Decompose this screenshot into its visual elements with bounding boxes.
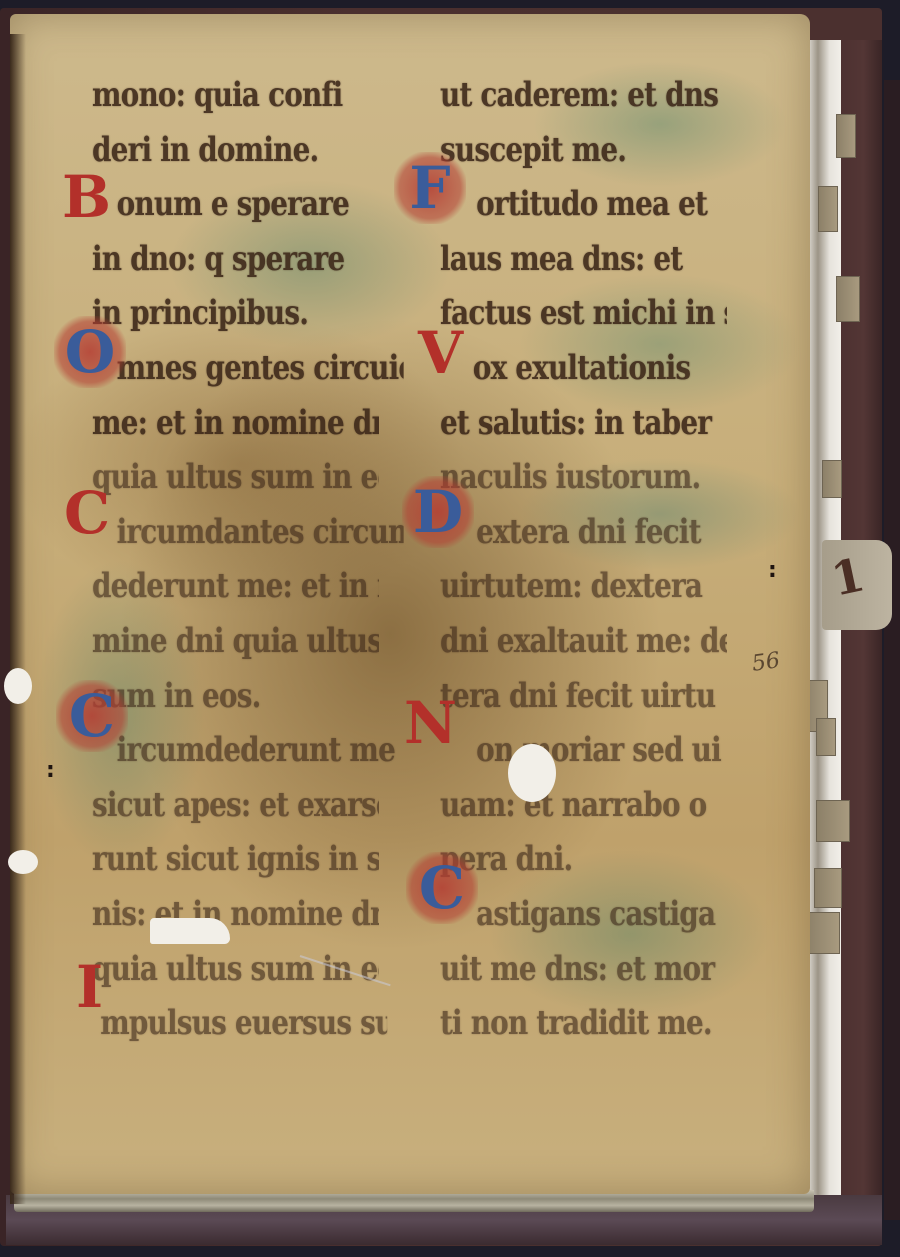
text-line: runt sicut ignis in spi <box>92 832 379 887</box>
index-tab-numbered: 1 <box>822 540 892 630</box>
punctus-mark: : <box>46 758 55 783</box>
index-tab <box>816 800 850 842</box>
text-line: me: et in nomine dni <box>92 396 379 451</box>
initial-illuminated: O <box>54 316 126 388</box>
gutter-shadow <box>10 34 26 1204</box>
text-line: factus est michi in salutem. <box>440 286 727 341</box>
folio-number: 56 <box>750 648 781 677</box>
text-line: uit me dns: et mor <box>440 942 727 997</box>
text-line: naculis iustorum. <box>440 450 727 505</box>
binding-board-right <box>836 40 882 1240</box>
index-tab <box>818 186 838 232</box>
text-line: mnes gentes circuier <box>92 341 404 396</box>
initial-illuminated: C <box>56 680 128 752</box>
text-line: suscepit me. <box>440 123 727 178</box>
index-tab <box>806 912 840 954</box>
text-line: ox exultationis <box>440 341 760 396</box>
text-column-left: mono: quia confi deri in domine. onum e … <box>92 68 382 1051</box>
text-line: nis: et in nomine dni <box>92 887 379 942</box>
index-tab <box>822 460 842 498</box>
initial-red: N <box>404 694 457 752</box>
text-line: astigans castiga <box>440 887 763 942</box>
text-column-right: ut caderem: et dns suscepit me. ortitudo… <box>440 68 730 1051</box>
text-line: onum e sperare <box>92 177 404 232</box>
parchment-hole <box>508 744 556 802</box>
text-line: ortitudo mea et <box>440 177 763 232</box>
index-tab <box>836 114 856 158</box>
text-line: sicut apes: et exarse <box>92 778 379 833</box>
text-line: pera dni. <box>440 832 727 887</box>
text-line: dederunt me: et in no <box>92 559 379 614</box>
binding-spine-shadow <box>884 80 900 1220</box>
text-line: mine dni quia ultus <box>92 614 379 669</box>
index-tab <box>816 718 836 756</box>
initial-illuminated: F <box>394 152 466 224</box>
parchment-hole <box>4 668 32 704</box>
tab-mark: 1 <box>827 547 870 606</box>
text-line: et salutis: in taber <box>440 396 727 451</box>
index-tab <box>836 276 860 322</box>
text-line: quia ultus sum in eos. <box>92 450 379 505</box>
text-line: ircumdederunt me <box>92 723 404 778</box>
text-line: tera dni fecit uirtu <box>440 669 727 724</box>
text-line: laus mea dns: et <box>440 232 727 287</box>
index-tab <box>814 868 842 908</box>
text-line: on moriar sed ui <box>440 723 763 778</box>
initial-illuminated: D <box>402 476 474 548</box>
parchment-hole <box>8 850 38 874</box>
initial-red: I <box>76 958 103 1016</box>
text-line: ut caderem: et dns <box>440 68 727 123</box>
text-line: deri in domine. <box>92 123 379 178</box>
initial-illuminated: C <box>406 852 478 924</box>
text-line: mono: quia confi <box>92 68 379 123</box>
parchment-tear <box>150 918 230 944</box>
punctus-mark: : <box>768 558 777 583</box>
initial-red: C <box>64 484 110 542</box>
initial-red: V <box>418 324 463 382</box>
initial-red: B <box>62 168 111 226</box>
text-line: in principibus. <box>92 286 379 341</box>
text-line: uirtutem: dextera <box>440 559 727 614</box>
text-line: dni exaltauit me: dex <box>440 614 727 669</box>
text-line: in dno: q sperare <box>92 232 379 287</box>
text-line: sum in eos. <box>92 669 379 724</box>
text-line: uam: et narrabo o <box>440 778 727 833</box>
text-line: mpulsus euersus sum <box>92 996 387 1051</box>
text-line: ircumdantes circum <box>92 505 404 560</box>
text-line: ti non tradidit me. <box>440 996 727 1051</box>
text-line: extera dni fecit <box>440 505 763 560</box>
